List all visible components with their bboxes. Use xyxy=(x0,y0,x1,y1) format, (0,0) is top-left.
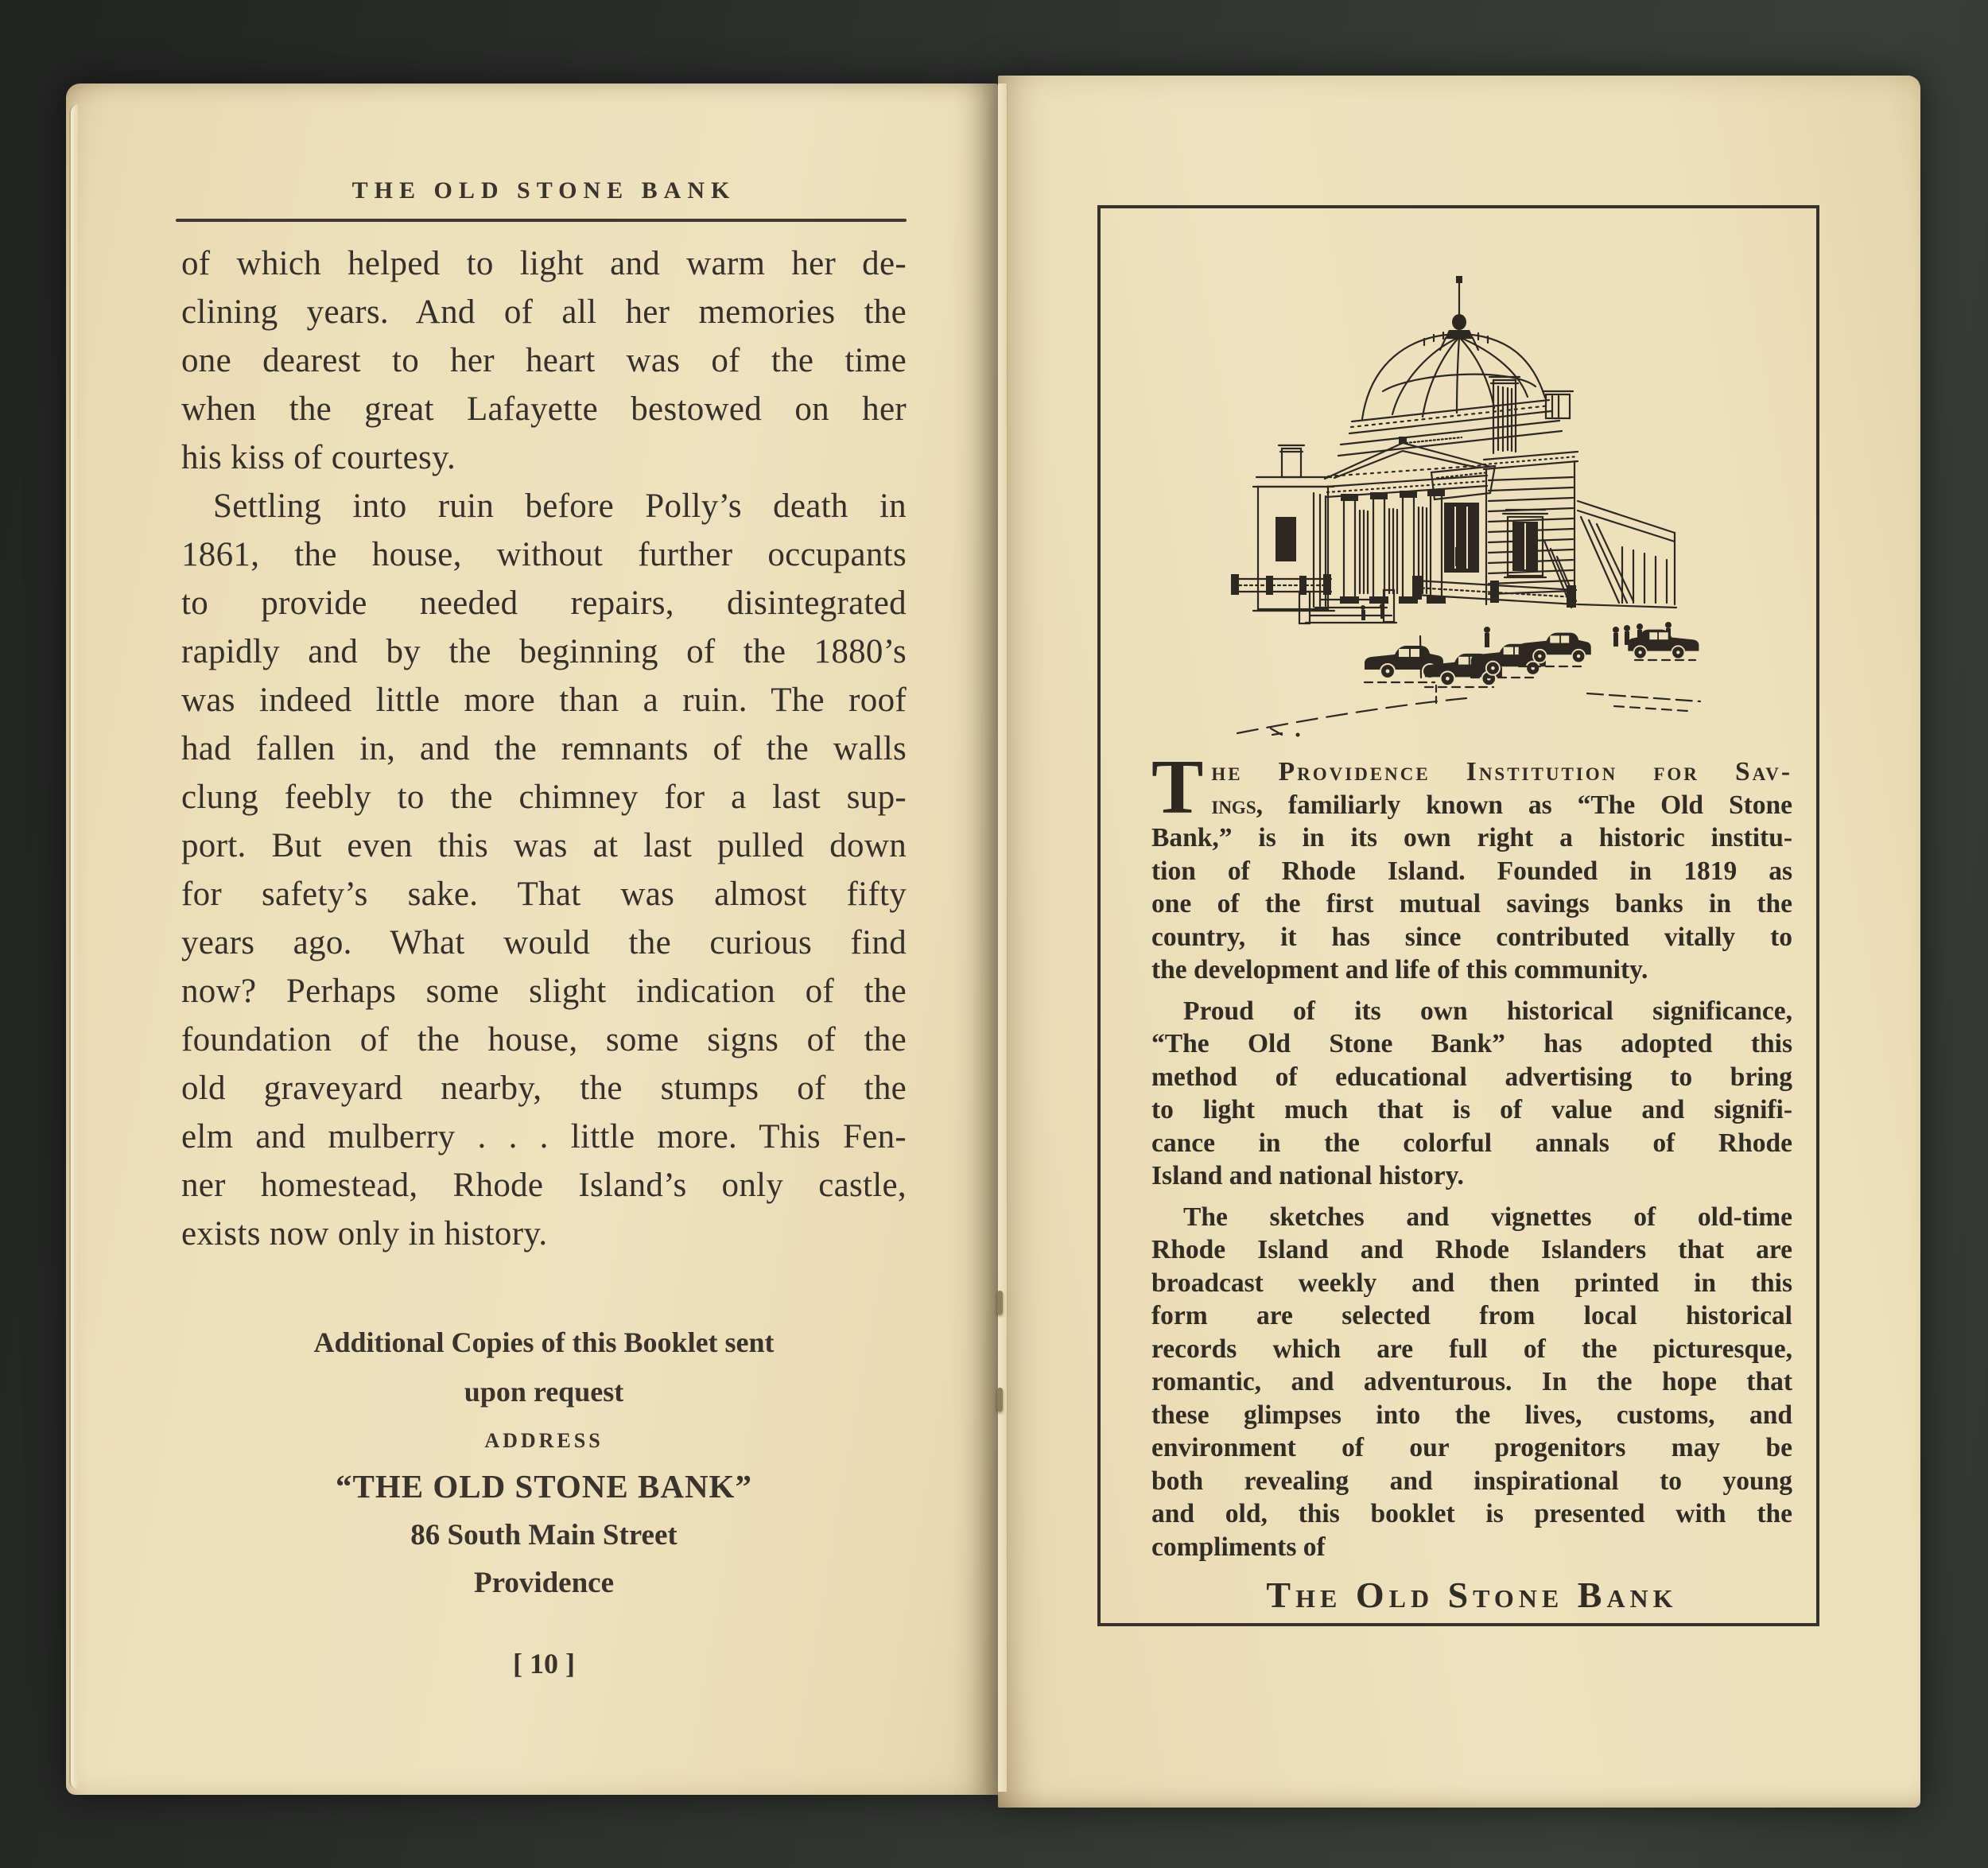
street-lines xyxy=(1237,685,1700,737)
text-line: foundation of the house, some signs of t… xyxy=(181,1016,907,1064)
text-line: when the great Lafayette bestowed on her xyxy=(181,385,907,433)
text-line: one of the first mutual savings banks in… xyxy=(1151,887,1792,921)
text-line: compliments of xyxy=(1151,1531,1792,1564)
paragraph-institution: T he Providence Institution for Sav- ing… xyxy=(1151,755,1792,987)
text-line: exists now only in history. xyxy=(181,1210,907,1258)
binding-stitch xyxy=(997,1291,1003,1315)
text-line: tion of Rhode Island. Founded in 1819 as xyxy=(1151,855,1792,888)
text-line: The sketches and vignettes of old-time xyxy=(1151,1201,1792,1234)
offer-line: Additional Copies of this Booklet sent xyxy=(181,1326,907,1359)
offer-line: upon request xyxy=(181,1375,907,1408)
text-line: records which are full of the picturesqu… xyxy=(1151,1333,1792,1366)
text-line: of which helped to light and warm her de… xyxy=(181,239,907,288)
text-line: 1861, the house, without further occupan… xyxy=(181,530,907,579)
text-line: these glimpses into the lives, customs, … xyxy=(1151,1399,1792,1432)
text-line: rapidly and by the beginning of the 1880… xyxy=(181,627,907,676)
vintage-cars xyxy=(1365,630,1699,687)
text-line: old graveyard nearby, the stumps of the xyxy=(181,1064,907,1113)
text-line: had fallen in, and the remnants of the w… xyxy=(181,724,907,773)
running-header: THE OLD STONE BANK xyxy=(181,177,907,204)
text-line: and old, this booklet is presented with … xyxy=(1151,1497,1792,1531)
text-line: form are selected from local historical xyxy=(1151,1299,1792,1333)
closing-bank-name: The Old Stone Bank xyxy=(1151,1575,1792,1616)
paragraph-advertising: Proud of its own historical significance… xyxy=(1151,995,1792,1193)
text-line: now? Perhaps some slight indication of t… xyxy=(181,967,907,1016)
binding-stitch xyxy=(997,1388,1003,1412)
right-page-body: T he Providence Institution for Sav- ing… xyxy=(1151,755,1792,1616)
dome-icon xyxy=(1362,276,1545,419)
paragraph-sketches: The sketches and vignettes of old-timeRh… xyxy=(1151,1201,1792,1564)
left-wing xyxy=(1253,477,1334,611)
right-page: T he Providence Institution for Sav- ing… xyxy=(998,76,1920,1808)
text-line: for safety’s sake. That was almost fifty xyxy=(181,870,907,918)
bank-building-illustration xyxy=(1225,274,1722,748)
text-line: environment of our progenitors may be xyxy=(1151,1431,1792,1465)
text-line: Proud of its own historical significance… xyxy=(1151,995,1792,1028)
page-number: [ 10 ] xyxy=(181,1647,907,1680)
text-line: cance in the colorful annals of Rhode xyxy=(1151,1127,1792,1160)
text-line: he Providence Institution for Sav- xyxy=(1151,755,1792,789)
portico-columns xyxy=(1340,489,1446,604)
text-line: his kiss of courtesy. xyxy=(181,433,907,482)
side-colonnade xyxy=(1578,501,1676,608)
text-line: ner homestead, Rhode Island’s only castl… xyxy=(181,1161,907,1210)
text-line: clining years. And of all her memories t… xyxy=(181,288,907,336)
cornice xyxy=(1338,400,1562,456)
chimneys xyxy=(1279,377,1573,477)
text-line: Settling into ruin before Polly’s death … xyxy=(181,482,907,530)
left-page: THE OLD STONE BANK of which helped to li… xyxy=(66,83,998,1795)
header-rule xyxy=(176,219,907,222)
pediment xyxy=(1325,437,1489,497)
text-line: port. But even this was at last pulled d… xyxy=(181,821,907,870)
text-line: method of educational advertising to bri… xyxy=(1151,1061,1792,1094)
text-line: “The Old Stone Bank” has adopted this xyxy=(1151,1027,1792,1061)
text-line: one dearest to her heart was of the time xyxy=(181,336,907,385)
text-line: Rhode Island and Rhode Islanders that ar… xyxy=(1151,1233,1792,1267)
text-line: romantic, and adventurous. In the hope t… xyxy=(1151,1365,1792,1399)
text-line: to light much that is of value and signi… xyxy=(1151,1093,1792,1127)
bank-name: “THE OLD STONE BANK” xyxy=(181,1467,907,1505)
text-line: broadcast weekly and then printed in thi… xyxy=(1151,1267,1792,1300)
text-line: the development and life of this communi… xyxy=(1151,953,1792,987)
pedestrian-figures xyxy=(1361,604,1672,647)
text-line: to provide needed repairs, disintegrated xyxy=(181,579,907,627)
street-address: 86 South Main Street xyxy=(181,1518,907,1552)
text-line: Island and national history. xyxy=(1151,1159,1792,1193)
text-line: country, it has since contributed vitall… xyxy=(1151,921,1792,954)
drop-cap: T xyxy=(1151,755,1211,821)
text-line: clung feebly to the chimney for a last s… xyxy=(181,773,907,821)
left-page-body: of which helped to light and warm her de… xyxy=(181,239,907,1258)
text-line: both revealing and inspirational to youn… xyxy=(1151,1465,1792,1498)
text-line: was indeed little more than a ruin. The … xyxy=(181,676,907,724)
address-label: ADDRESS xyxy=(181,1429,907,1453)
text-line: Bank,” is in its own right a historic in… xyxy=(1151,821,1792,855)
city: Providence xyxy=(181,1566,907,1600)
text-line: years ago. What would the curious find xyxy=(181,918,907,967)
text-line: ings, familiarly known as “The Old Stone xyxy=(1151,789,1792,822)
text-line: elm and mulberry . . . little more. This… xyxy=(181,1113,907,1161)
